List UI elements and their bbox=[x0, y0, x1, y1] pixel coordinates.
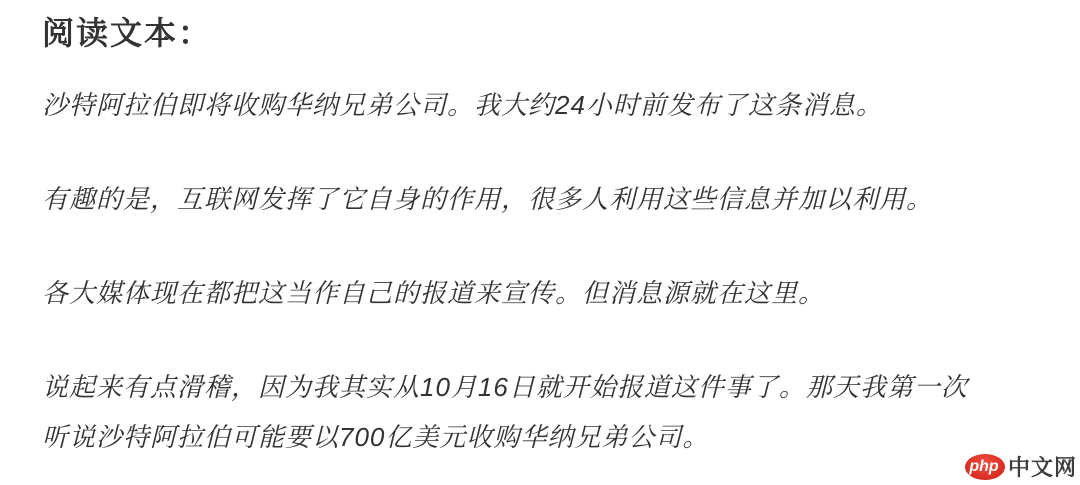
paragraph-1: 沙特阿拉伯即将收购华纳兄弟公司。我大约24小时前发布了这条消息。 bbox=[42, 80, 1032, 130]
paragraph-3: 各大媒体现在都把这当作自己的报道来宣传。但消息源就在这里。 bbox=[42, 268, 1032, 318]
php-logo-label: php bbox=[969, 459, 1000, 475]
article-page: 阅读文本： 沙特阿拉伯即将收购华纳兄弟公司。我大约24小时前发布了这条消息。 有… bbox=[0, 0, 1080, 485]
site-watermark: php 中文网 bbox=[965, 451, 1077, 482]
site-name: 中文网 bbox=[1008, 451, 1077, 482]
page-title: 阅读文本： bbox=[42, 14, 1050, 52]
php-logo-icon: php bbox=[965, 454, 1005, 480]
paragraph-2: 有趣的是，互联网发挥了它自身的作用，很多人利用这些信息并加以利用。 bbox=[42, 174, 1032, 224]
paragraph-4: 说起来有点滑稽，因为我其实从10月16日就开始报道这件事了。那天我第一次听说沙特… bbox=[42, 362, 987, 462]
